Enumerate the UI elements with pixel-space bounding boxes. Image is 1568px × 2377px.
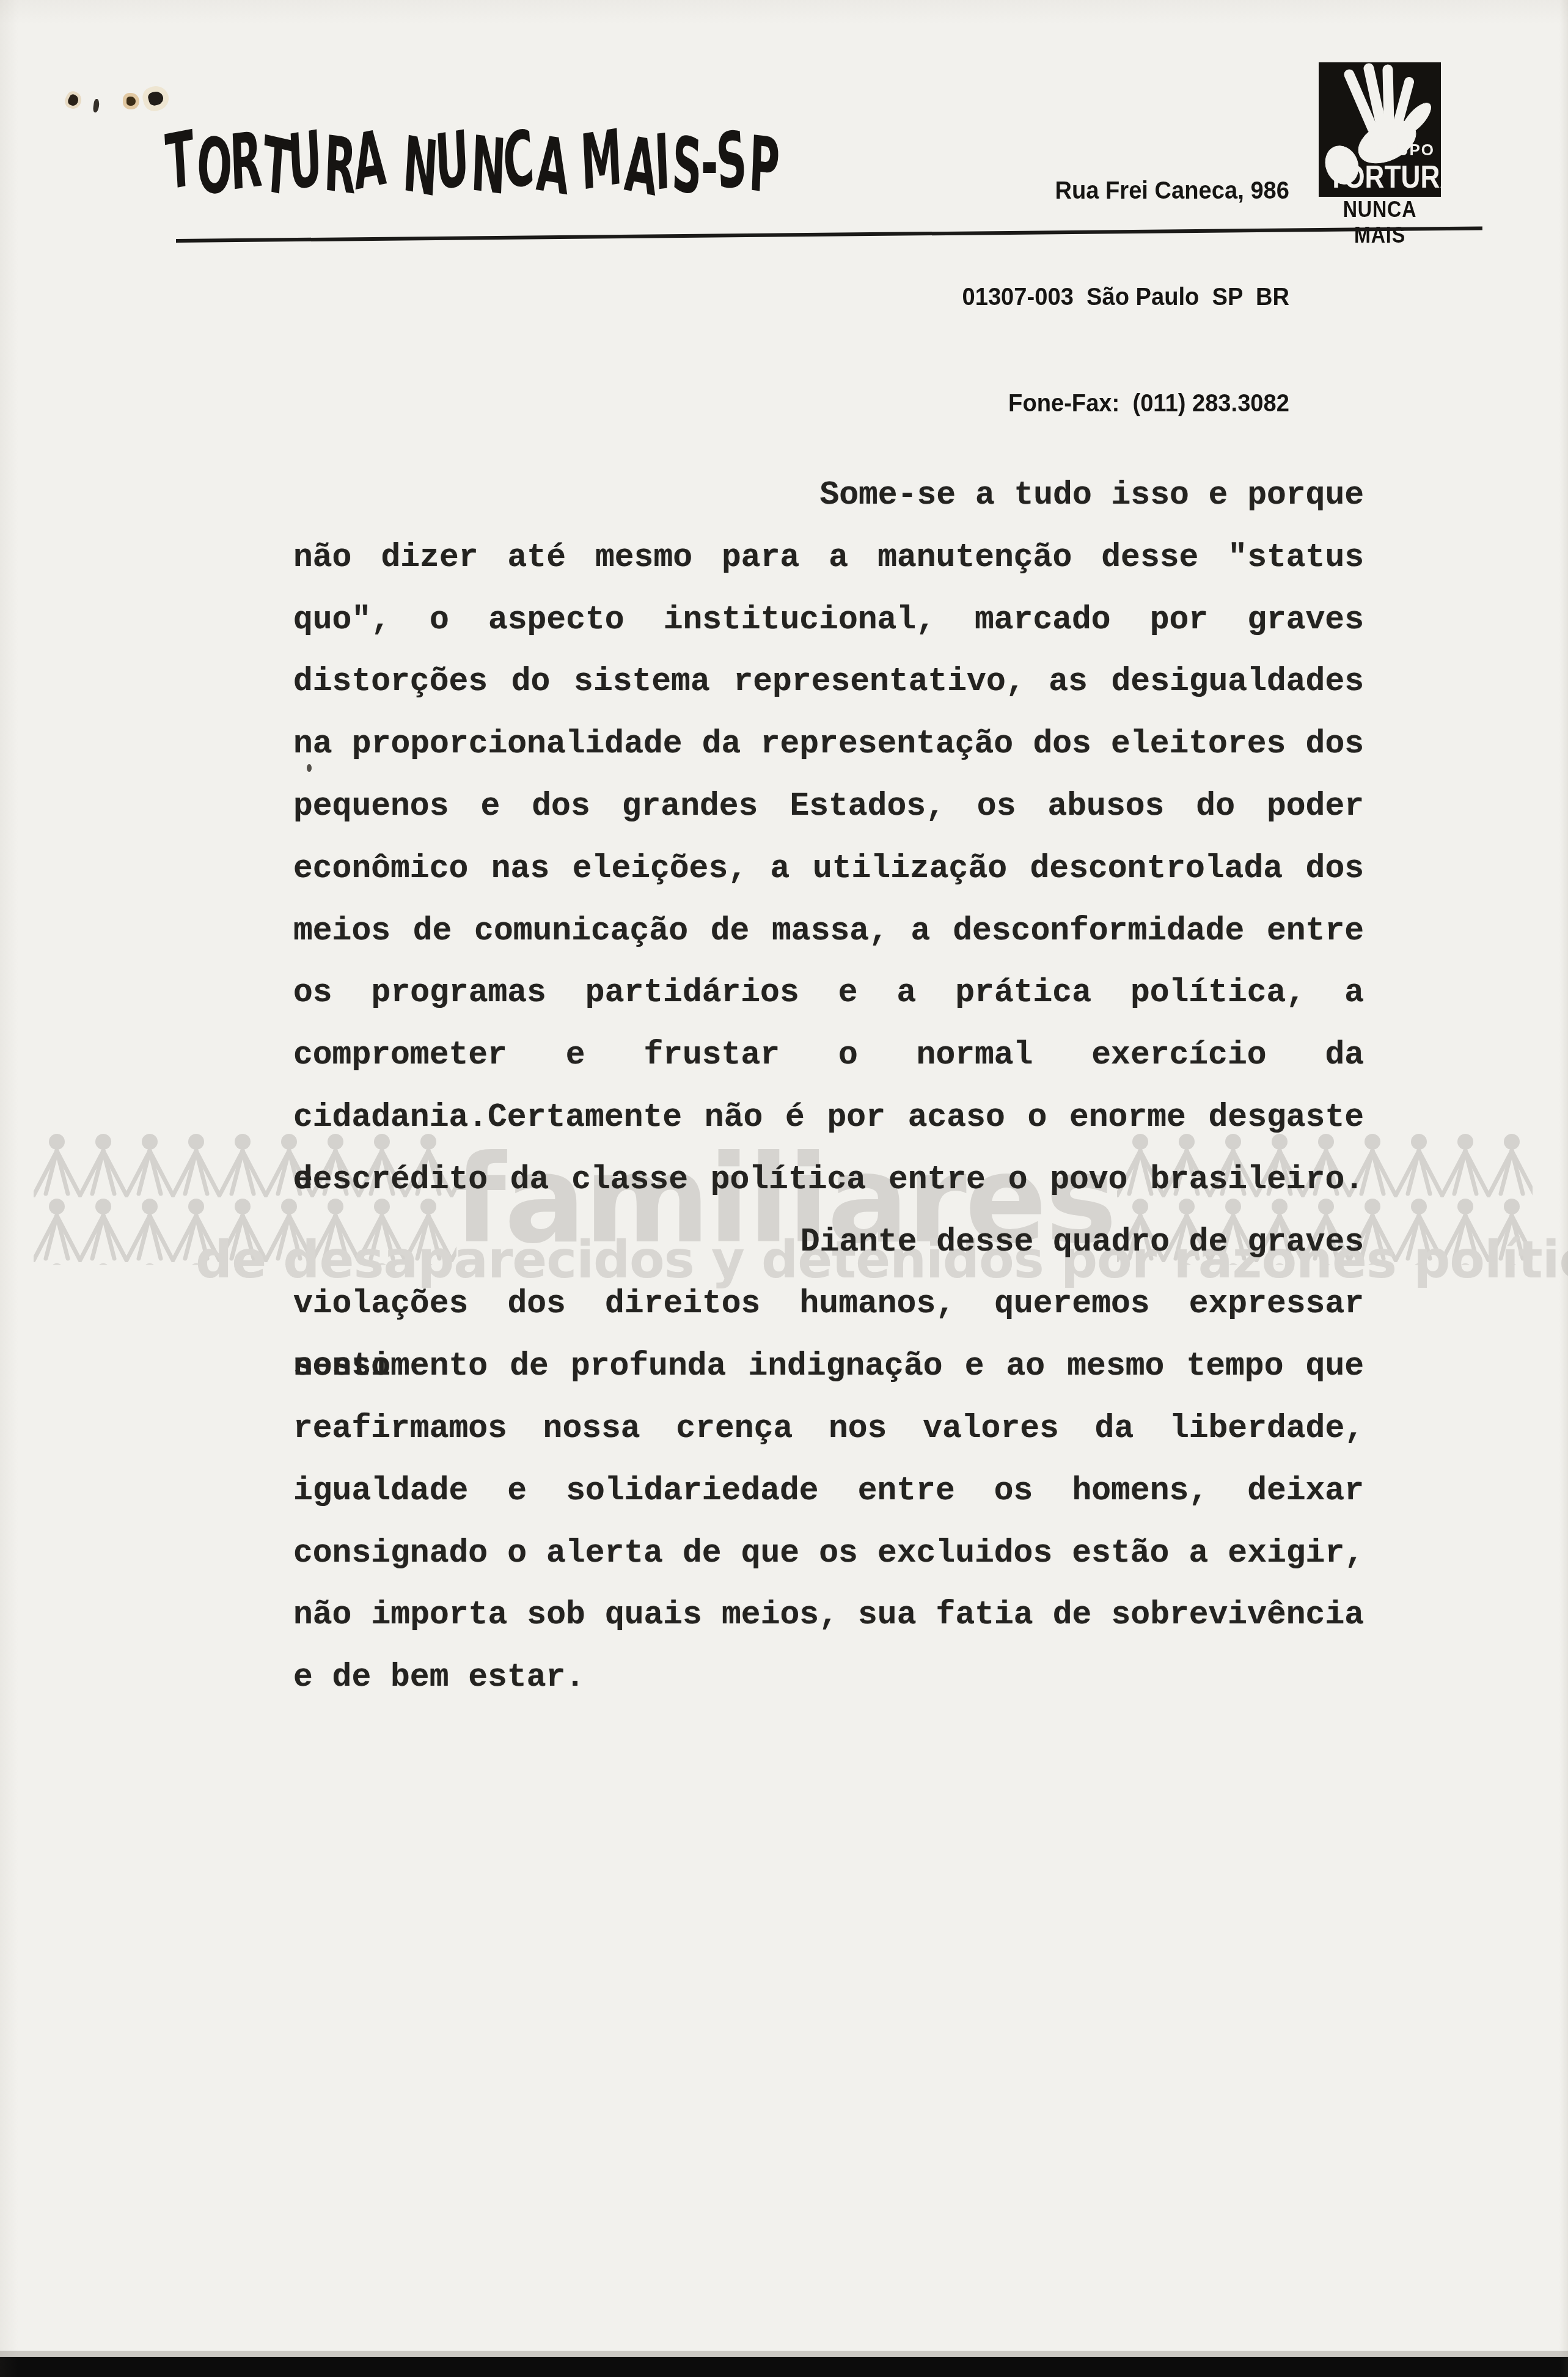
typed-line: reafirmamos nossa crença nos valores da … bbox=[293, 1398, 1364, 1460]
typed-line: distorções do sistema representativo, as… bbox=[293, 651, 1364, 713]
grupo-tortura-nunca-mais-badge: GRUPO TORTURA bbox=[1319, 62, 1441, 197]
badge-nunca-mais-label: NUNCA MAIS bbox=[1321, 197, 1438, 248]
scanned-letter-page: TORTURA NUNCA MAIS-SP Rua Frei Caneca, 9… bbox=[0, 0, 1568, 2377]
typed-line: sentimento de profunda indignação e ao m… bbox=[293, 1335, 1364, 1398]
typed-line: e de bem estar. bbox=[293, 1647, 1364, 1709]
typed-line: quo", o aspecto institucional, marcado p… bbox=[293, 589, 1364, 652]
typed-line: descrédito da classe política entre o po… bbox=[293, 1149, 1364, 1211]
typed-line: não importa sob quais meios, sua fatia d… bbox=[293, 1584, 1364, 1647]
typed-line: comprometer e frustar o normal exercício… bbox=[293, 1024, 1364, 1087]
letterhead-address: Rua Frei Caneca, 986 01307-003 São Paulo… bbox=[903, 101, 1289, 491]
badge-grupo-label: GRUPO bbox=[1371, 141, 1435, 160]
typed-line: consignado o alerta de que os excluidos … bbox=[293, 1523, 1364, 1585]
scan-edge-shadow bbox=[0, 2351, 1568, 2357]
typed-line: igualdade e solidariedade entre os homen… bbox=[293, 1460, 1364, 1523]
address-phone: Fone-Fax: (011) 283.3082 bbox=[903, 385, 1289, 421]
org-logotype: TORTURA NUNCA MAIS-SP bbox=[163, 92, 786, 220]
address-city: 01307-003 São Paulo SP BR bbox=[903, 279, 1289, 314]
typed-line: os programas partidários e a prática pol… bbox=[293, 962, 1364, 1024]
typed-line: não dizer até mesmo para a manutenção de… bbox=[293, 527, 1364, 589]
scan-edge-bar bbox=[0, 2357, 1568, 2377]
typed-line: violações dos direitos humanos, queremos… bbox=[293, 1273, 1364, 1335]
typed-line: econômico nas eleições, a utilização des… bbox=[293, 838, 1364, 900]
typed-line: na proporcionalidade da representação do… bbox=[293, 713, 1364, 776]
address-street: Rua Frei Caneca, 986 bbox=[903, 172, 1289, 208]
ink-splatter bbox=[93, 98, 100, 112]
typed-line: Diante desse quadro de graves bbox=[293, 1211, 1364, 1274]
ink-splatter bbox=[67, 93, 80, 107]
typed-line: Some-se a tudo isso e porque bbox=[293, 465, 1364, 527]
ink-splatter bbox=[126, 97, 136, 106]
letter-body: Some-se a tudo isso e porque não dizer a… bbox=[293, 465, 1364, 1709]
typed-line: pequenos e dos grandes Estados, os abuso… bbox=[293, 776, 1364, 838]
typed-line: cidadania.Certamente não é por acaso o e… bbox=[293, 1087, 1364, 1149]
org-logotype-text: TORTURA NUNCA MAIS-SP bbox=[163, 115, 782, 213]
badge-tortura-label: TORTURA bbox=[1328, 159, 1432, 196]
typed-line: meios de comunicação de massa, a desconf… bbox=[293, 900, 1364, 963]
